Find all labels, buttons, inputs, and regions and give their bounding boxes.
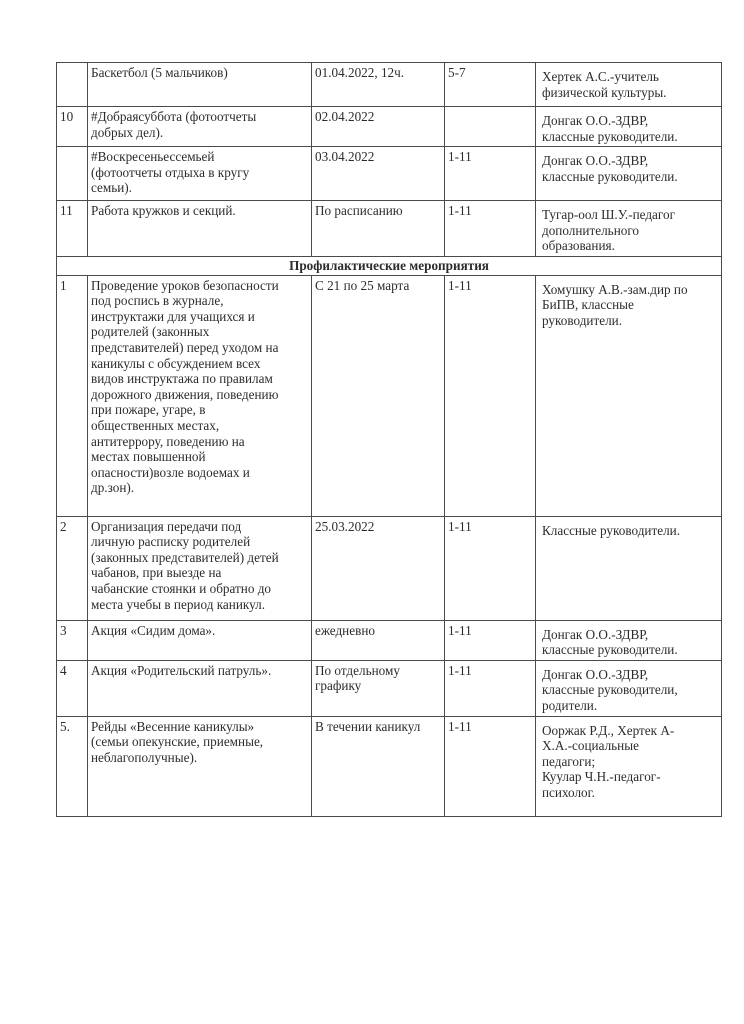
event-cell: #Воскресеньессемьей (фотоотчеты отдыха в… bbox=[88, 147, 312, 201]
event-cell: Проведение уроков безопасности под роспи… bbox=[88, 275, 312, 516]
event-cell: Рейды «Весенние каникулы» (семьи опекунс… bbox=[88, 716, 312, 816]
table-row: 1Проведение уроков безопасности под росп… bbox=[57, 275, 722, 516]
table-row: 4Акция «Родительский патруль».По отдельн… bbox=[57, 660, 722, 716]
classes-cell: 1-11 bbox=[445, 716, 536, 816]
classes-cell: 1-11 bbox=[445, 275, 536, 516]
event-cell: Баскетбол (5 мальчиков) bbox=[88, 63, 312, 107]
row-number-cell: 1 bbox=[57, 275, 88, 516]
classes-cell: 1-11 bbox=[445, 660, 536, 716]
classes-cell bbox=[445, 107, 536, 147]
section-title: Профилактические мероприятия bbox=[57, 256, 722, 275]
responsible-cell: Хомушку А.В.-зам.дир по БиПВ, классные р… bbox=[536, 275, 722, 516]
responsible-cell: Тугар-оол Ш.У.-педагог дополнительного о… bbox=[536, 201, 722, 257]
row-number-cell: 10 bbox=[57, 107, 88, 147]
row-number-cell: 11 bbox=[57, 201, 88, 257]
section-header-row: Профилактические мероприятия bbox=[57, 256, 722, 275]
row-number-cell: 2 bbox=[57, 516, 88, 620]
table-row: Баскетбол (5 мальчиков)01.04.2022, 12ч.5… bbox=[57, 63, 722, 107]
event-cell: #Добраясуббота (фотоотчеты добрых дел). bbox=[88, 107, 312, 147]
table-row: 5.Рейды «Весенние каникулы» (семьи опеку… bbox=[57, 716, 722, 816]
date-cell: 25.03.2022 bbox=[312, 516, 445, 620]
date-cell: 01.04.2022, 12ч. bbox=[312, 63, 445, 107]
date-cell: 02.04.2022 bbox=[312, 107, 445, 147]
table-row: 3Акция «Сидим дома».ежедневно1-11Донгак … bbox=[57, 620, 722, 660]
row-number-cell: 4 bbox=[57, 660, 88, 716]
classes-cell: 5-7 bbox=[445, 63, 536, 107]
row-number-cell: 3 bbox=[57, 620, 88, 660]
event-cell: Акция «Родительский патруль». bbox=[88, 660, 312, 716]
document-page: Баскетбол (5 мальчиков)01.04.2022, 12ч.5… bbox=[56, 62, 721, 817]
event-cell: Работа кружков и секций. bbox=[88, 201, 312, 257]
responsible-cell: Классные руководители. bbox=[536, 516, 722, 620]
date-cell: 03.04.2022 bbox=[312, 147, 445, 201]
row-number-cell bbox=[57, 147, 88, 201]
row-number-cell bbox=[57, 63, 88, 107]
table-row: 2Организация передачи под личную расписк… bbox=[57, 516, 722, 620]
classes-cell: 1-11 bbox=[445, 201, 536, 257]
responsible-cell: Донгак О.О.-ЗДВР, классные руководители,… bbox=[536, 660, 722, 716]
row-number-cell: 5. bbox=[57, 716, 88, 816]
classes-cell: 1-11 bbox=[445, 516, 536, 620]
responsible-cell: Ооржак Р.Д., Хертек А- Х.А.-социальные п… bbox=[536, 716, 722, 816]
responsible-cell: Донгак О.О.-ЗДВР, классные руководители. bbox=[536, 147, 722, 201]
date-cell: По расписанию bbox=[312, 201, 445, 257]
responsible-cell: Донгак О.О.-ЗДВР, классные руководители. bbox=[536, 620, 722, 660]
classes-cell: 1-11 bbox=[445, 620, 536, 660]
events-table: Баскетбол (5 мальчиков)01.04.2022, 12ч.5… bbox=[56, 62, 722, 817]
date-cell: С 21 по 25 марта bbox=[312, 275, 445, 516]
event-cell: Акция «Сидим дома». bbox=[88, 620, 312, 660]
table-row: 10#Добраясуббота (фотоотчеты добрых дел)… bbox=[57, 107, 722, 147]
responsible-cell: Хертек А.С.-учитель физической культуры. bbox=[536, 63, 722, 107]
date-cell: По отдельному графику bbox=[312, 660, 445, 716]
table-row: #Воскресеньессемьей (фотоотчеты отдыха в… bbox=[57, 147, 722, 201]
table-row: 11 Работа кружков и секций.По расписанию… bbox=[57, 201, 722, 257]
event-cell: Организация передачи под личную расписку… bbox=[88, 516, 312, 620]
responsible-cell: Донгак О.О.-ЗДВР, классные руководители. bbox=[536, 107, 722, 147]
classes-cell: 1-11 bbox=[445, 147, 536, 201]
date-cell: В течении каникул bbox=[312, 716, 445, 816]
date-cell: ежедневно bbox=[312, 620, 445, 660]
